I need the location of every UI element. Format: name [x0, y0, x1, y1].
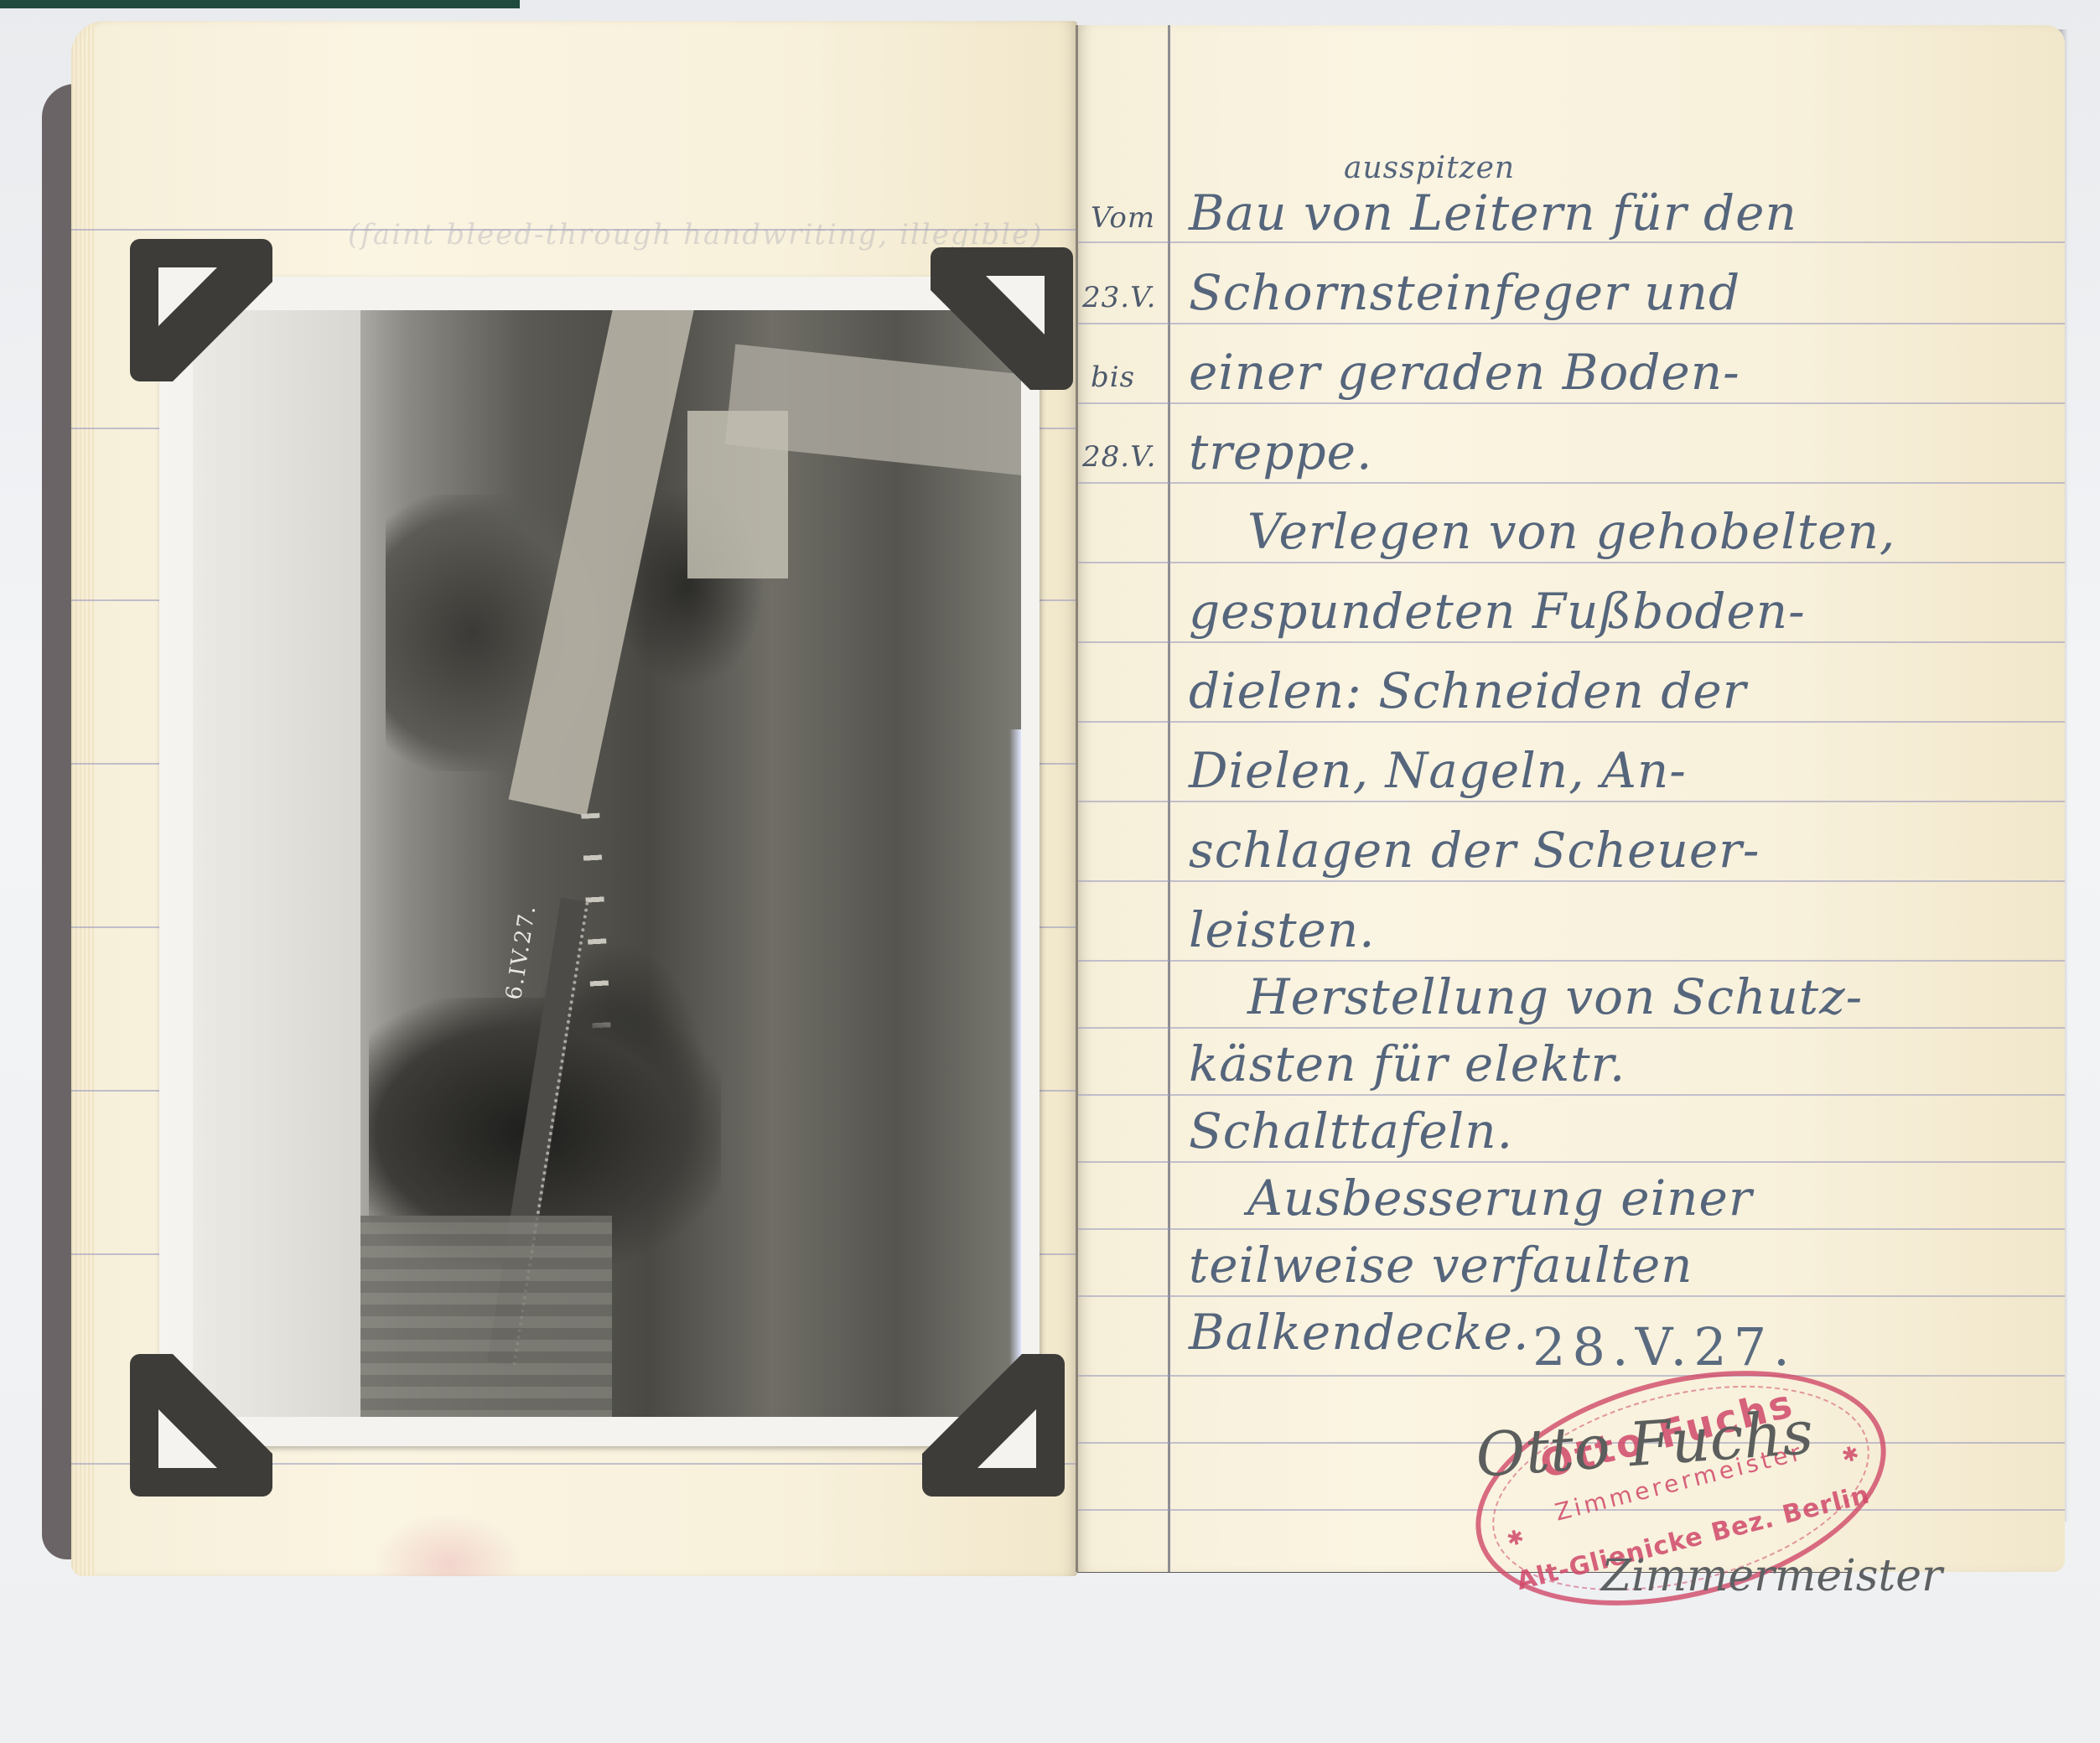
bleed-through-text: (faint bleed-through handwriting, illegi…: [348, 218, 1069, 252]
entry-line: einer geraden Boden-: [1189, 344, 1740, 401]
entry-line: Bau von Leitern für den: [1189, 184, 1797, 241]
entry-line: Dielen, Nageln, An-: [1189, 742, 1687, 799]
ruled-line: [1076, 960, 2065, 962]
margin-date-start: 23.V.: [1082, 281, 1157, 314]
entry-line: Verlegen von gehobelten,: [1247, 503, 1895, 560]
ruled-line: [1076, 1228, 2065, 1230]
entry-line: Schornsteinfeger und: [1189, 264, 1740, 321]
ruled-line: [1076, 562, 2065, 563]
margin-date-to-label: bis: [1091, 361, 1135, 394]
ruled-line: [1076, 402, 2065, 404]
photo-wooden-shed: [360, 1216, 612, 1417]
entry-line: kästen für elektr.: [1189, 1035, 1626, 1092]
entry-line: Balkendecke.: [1189, 1304, 1529, 1361]
ruled-line: [1076, 801, 2065, 802]
page-gutter: [1076, 25, 1078, 1572]
photo-image: [193, 310, 1021, 1417]
stamp-ink-residue: [373, 1513, 524, 1576]
ruled-line: [1076, 241, 2065, 243]
right-page: Vom 23.V. bis 28.V. ausspitzen Bau von L…: [1076, 25, 2065, 1572]
ruled-line: [1076, 1295, 2065, 1297]
margin-line: [1168, 25, 1170, 1572]
photo-light-leak: [1009, 729, 1021, 1417]
ruled-line: [1076, 641, 2065, 643]
ruled-line: [1076, 482, 2065, 484]
scanner-edge-strip: [0, 0, 520, 8]
entry-line: Herstellung von Schutz-: [1247, 968, 1863, 1025]
entry-line: Schalttafeln.: [1189, 1102, 1513, 1159]
entry-line: leisten.: [1189, 901, 1376, 958]
entry-line: teilweise verfaulten: [1189, 1237, 1693, 1294]
entry-line: Ausbesserung einer: [1247, 1170, 1753, 1227]
insertion-above-line: ausspitzen: [1344, 151, 1515, 185]
ruled-line: [1076, 1094, 2065, 1096]
signature-title: Zimmermeister: [1601, 1551, 1942, 1601]
ruled-line: [1076, 1161, 2065, 1163]
ruled-line: [1076, 721, 2065, 723]
entry-line: schlagen der Scheuer-: [1189, 822, 1760, 879]
photo-timber-beam: [687, 411, 788, 578]
ruled-line: [1076, 1027, 2065, 1029]
mounted-photograph: 6.IV.27.: [159, 277, 1040, 1446]
photo-sky: [193, 310, 360, 1417]
margin-date-end: 28.V.: [1082, 440, 1157, 474]
entry-date: 28.V.27.: [1532, 1316, 1797, 1377]
ruled-line: [1076, 323, 2065, 324]
ruled-line: [1076, 880, 2065, 882]
margin-date-from-label: Vom: [1091, 201, 1155, 235]
entry-line: gespundeten Fußboden-: [1189, 583, 1806, 640]
entry-line: treppe.: [1189, 423, 1372, 480]
entry-line: dielen: Schneiden der: [1189, 662, 1746, 719]
